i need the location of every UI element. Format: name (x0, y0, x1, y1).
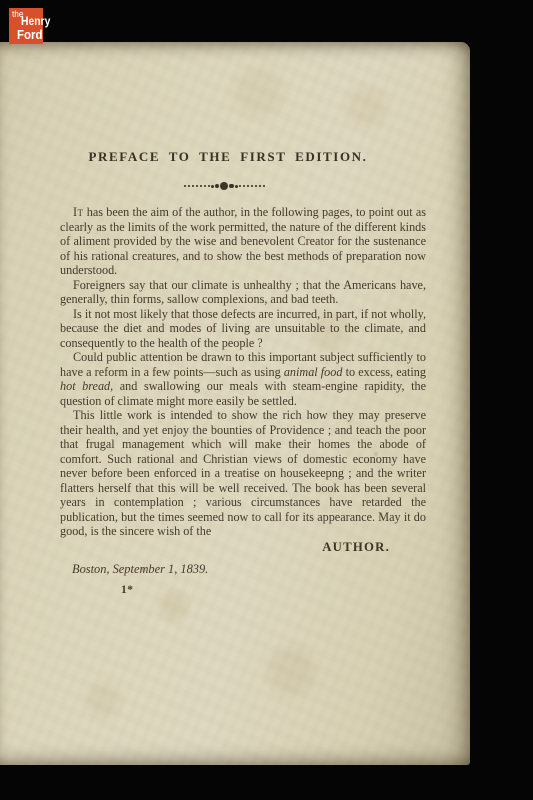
logo-word-henry: Henry (21, 16, 50, 28)
paragraph-text: has been the aim of the author, in the f… (60, 205, 426, 277)
page-text-block: PREFACE TO THE FIRST EDITION. It has bee… (60, 149, 426, 596)
ornament-icon (41, 182, 407, 190)
book-page-scan: PREFACE TO THE FIRST EDITION. It has bee… (0, 42, 470, 765)
ornament-dash-right (239, 185, 265, 187)
ornament-dash-left (184, 185, 210, 187)
paragraph-text: Foreigners say that our climate is unhea… (60, 278, 426, 307)
emphasized-text: hot bread (60, 379, 110, 393)
paragraph-text: , and swallowing our meals with steam-en… (60, 379, 426, 408)
preface-body: It has been the aim of the author, in th… (60, 205, 426, 539)
preface-paragraph: Is it not most likely that those defects… (60, 307, 426, 351)
preface-paragraph: Could public attention be drawn to this … (60, 350, 426, 408)
paragraph-text: It (73, 205, 84, 219)
dateline: Boston, September 1, 1839. (72, 562, 426, 576)
paragraph-text: to excess, eating (342, 365, 426, 379)
page-title: PREFACE TO THE FIRST EDITION. (45, 149, 411, 165)
signature-mark: 1* (121, 584, 426, 596)
preface-paragraph: Foreigners say that our climate is unhea… (60, 278, 426, 307)
emphasized-text: animal food (284, 365, 343, 379)
henry-ford-logo: the Henry Ford (9, 8, 43, 44)
paragraph-text: This little work is intended to show the… (60, 408, 426, 538)
preface-paragraph: This little work is intended to show the… (60, 408, 426, 539)
paragraph-text: Is it not most likely that those defects… (60, 307, 426, 350)
logo-word-ford: Ford (17, 28, 43, 42)
preface-paragraph: It has been the aim of the author, in th… (60, 205, 426, 278)
author-signature: AUTHOR. (60, 540, 426, 555)
scan-viewer: the Henry Ford PREFACE TO THE FIRST EDIT… (0, 0, 533, 800)
